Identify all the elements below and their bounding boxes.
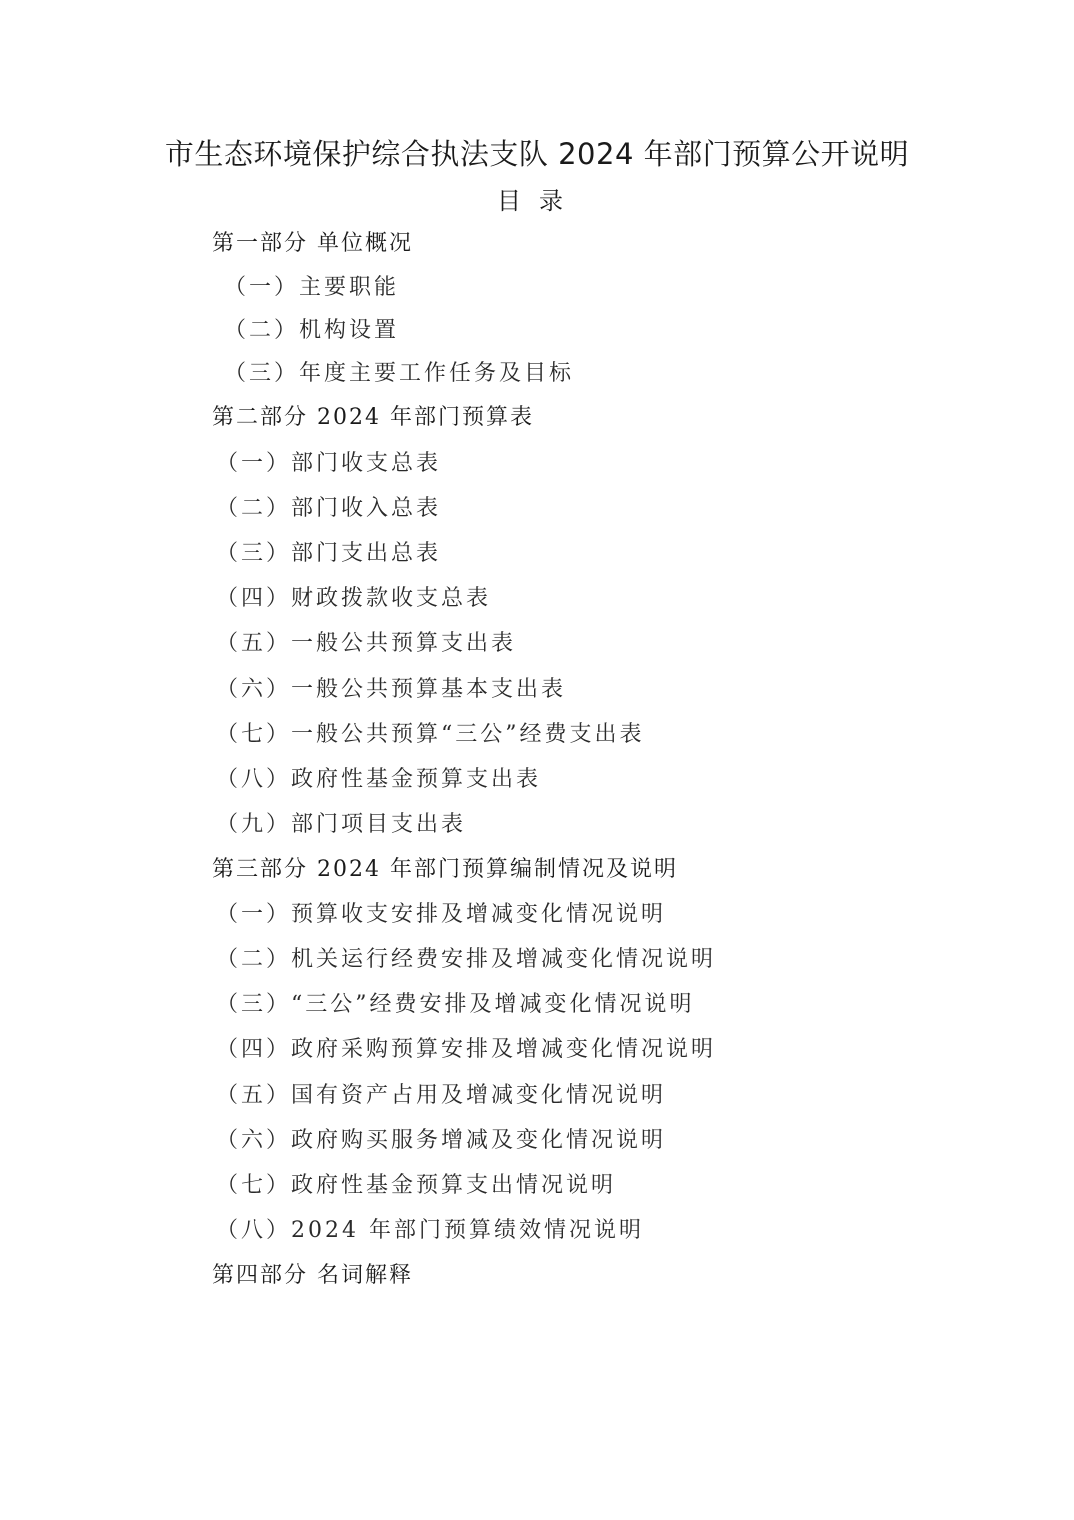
toc-item: （一）预算收支安排及增减变化情况说明 — [216, 900, 666, 930]
toc-item: （七）一般公共预算“三公”经费支出表 — [216, 720, 645, 750]
toc-part-2: 第二部分 2024 年部门预算表 — [212, 403, 534, 433]
table-of-contents: 第一部分 单位概况 （一）主要职能 （二）机构设置 （三）年度主要工作任务及目标… — [0, 0, 1074, 1520]
toc-item: （九）部门项目支出表 — [216, 810, 466, 840]
toc-part-1: 第一部分 单位概况 — [212, 229, 413, 259]
toc-item: （一）部门收支总表 — [216, 449, 441, 479]
toc-item: （八）2024 年部门预算绩效情况说明 — [216, 1216, 644, 1246]
toc-item: （三）“三公”经费安排及增减变化情况说明 — [216, 990, 695, 1020]
toc-item: （五）国有资产占用及增减变化情况说明 — [216, 1081, 666, 1111]
toc-part-4: 第四部分 名词解释 — [212, 1261, 413, 1291]
toc-item: （七）政府性基金预算支出情况说明 — [216, 1171, 616, 1201]
toc-item: （四）政府采购预算安排及增减变化情况说明 — [216, 1035, 716, 1065]
toc-part-3: 第三部分 2024 年部门预算编制情况及说明 — [212, 855, 678, 885]
toc-item: （四）财政拨款收支总表 — [216, 584, 491, 614]
toc-item: （三）年度主要工作任务及目标 — [224, 359, 574, 389]
toc-item: （六）政府购买服务增减及变化情况说明 — [216, 1126, 666, 1156]
toc-item: （二）机关运行经费安排及增减变化情况说明 — [216, 945, 716, 975]
toc-item: （二）机构设置 — [224, 316, 399, 346]
toc-item: （二）部门收入总表 — [216, 494, 441, 524]
toc-item: （一）主要职能 — [224, 273, 399, 303]
toc-item: （八）政府性基金预算支出表 — [216, 765, 541, 795]
toc-item: （五）一般公共预算支出表 — [216, 629, 516, 659]
toc-item: （三）部门支出总表 — [216, 539, 441, 569]
toc-item: （六）一般公共预算基本支出表 — [216, 675, 566, 705]
